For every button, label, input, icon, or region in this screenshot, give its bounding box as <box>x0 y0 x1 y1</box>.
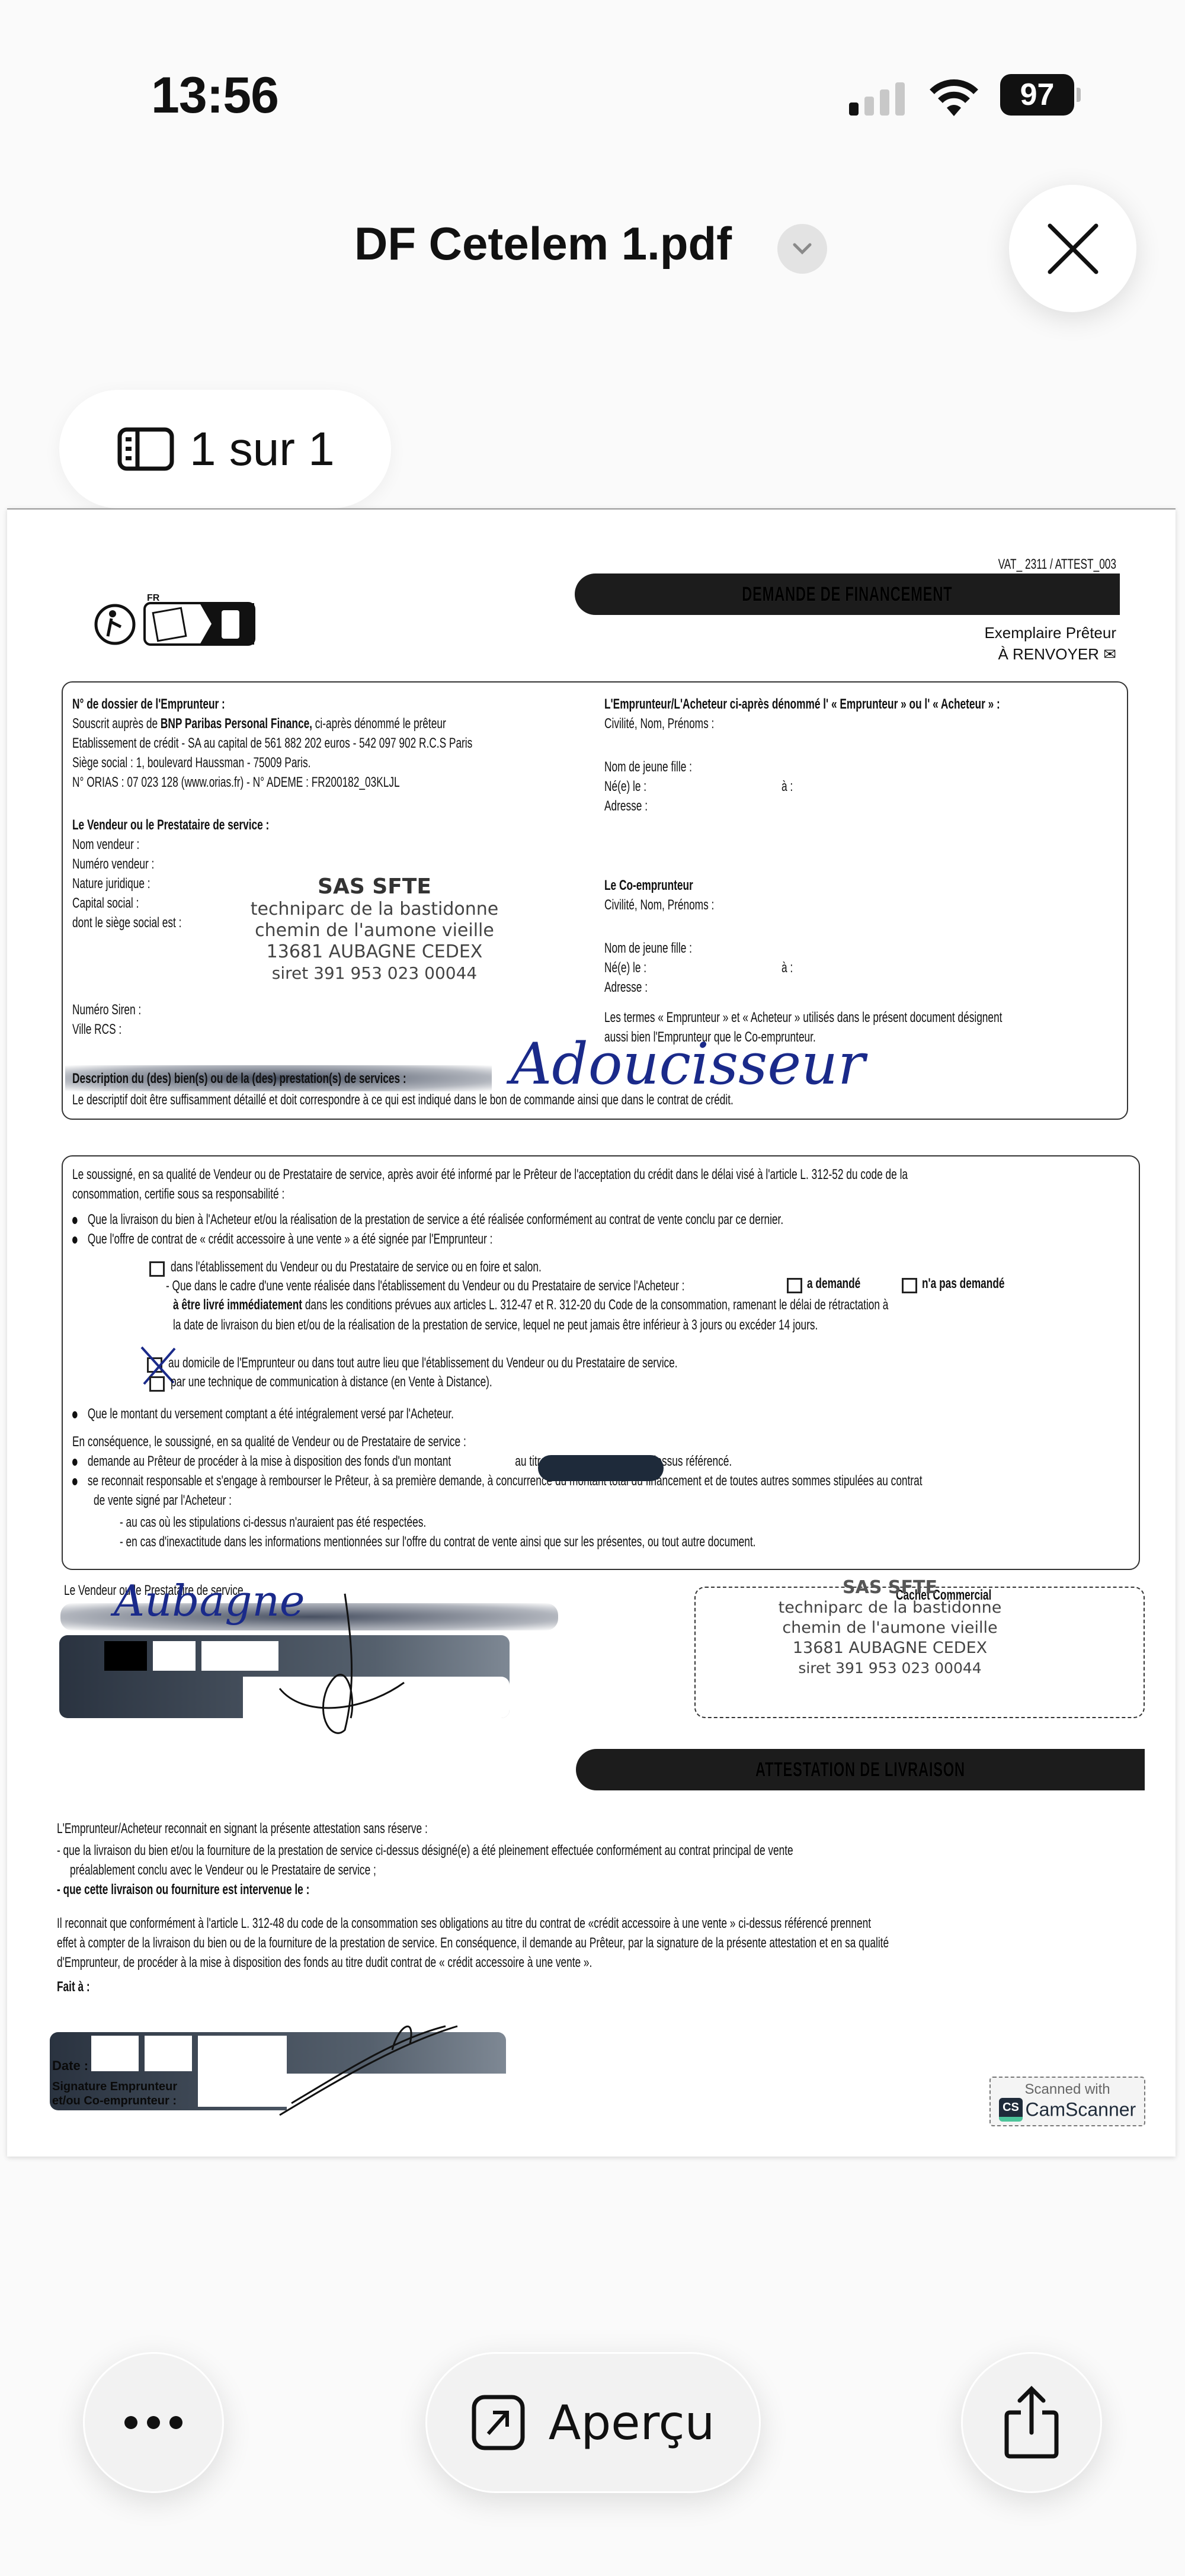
checkbox-distance[interactable] <box>149 1376 165 1392</box>
document-title[interactable]: DF Cetelem 1.pdf <box>354 217 732 271</box>
sidebar-icon <box>117 427 174 471</box>
borrower-title: L'Emprunteur/L'Acheteur ci-après dénommé… <box>604 694 1000 714</box>
coborrower-field: Nom de jeune fille : <box>604 938 692 958</box>
lender-line4: N° ORIAS : 07 023 128 (www.orias.fr) - N… <box>72 773 400 792</box>
coborrower-field: Adresse : <box>604 978 648 997</box>
preview-label: Aperçu <box>549 2395 715 2450</box>
vendor-field: Numéro Siren : <box>72 1000 141 1020</box>
more-icon <box>124 2415 183 2430</box>
vendor-section-after: Numéro Siren : Ville RCS : <box>72 1000 168 1039</box>
camscanner-logo-icon: CS <box>999 2098 1023 2122</box>
sub-clause-3: la date de livraison du bien et/ou de la… <box>173 1315 1069 1335</box>
option-a-demande[interactable]: a demandé <box>787 1274 882 1293</box>
option-domicile[interactable]: au domicile de l'Emprunteur ou dans tout… <box>147 1353 876 1373</box>
close-button[interactable] <box>1009 185 1136 312</box>
coborrower-title: Le Co-emprunteur <box>604 876 693 895</box>
checkbox-na-pas-demande[interactable] <box>902 1278 917 1293</box>
checkbox-domicile-checked[interactable] <box>147 1357 162 1373</box>
envelope-icon: ✉ <box>1103 645 1116 663</box>
vendor-field: Numéro vendeur : <box>72 854 154 874</box>
more-button[interactable] <box>83 2352 224 2493</box>
coborrower-section: Le Co-emprunteur Civilité, Nom, Prénoms … <box>604 876 1157 1047</box>
page-indicator-button[interactable]: 1 sur 1 <box>59 390 391 508</box>
lender-section: N° de dossier de l'Emprunteur : Souscrit… <box>72 694 594 792</box>
demande-financement-banner: DEMANDE DE FINANCEMENT <box>575 573 1120 615</box>
cachet-stamp: SAS SFTE techniparc de la bastidonne che… <box>742 1577 1038 1678</box>
camscanner-watermark: Scanned with CS CamScanner <box>989 2077 1145 2126</box>
close-icon <box>1046 222 1100 275</box>
borrower-field: Civilité, Nom, Prénoms : <box>604 714 714 733</box>
vendor-field: Capital social : <box>72 893 139 913</box>
sub-clause-2: à être livré immédiatement dans les cond… <box>173 1295 1167 1315</box>
coborrower-field: Né(e) le : <box>604 958 646 978</box>
document-reference: VAT_ 2311 / ATTEST_003 <box>952 555 1116 574</box>
certification-text: Le soussigné, en sa qualité de Vendeur o… <box>72 1165 1176 1249</box>
lender-line3: Siège social : 1, boulevard Haussman - 7… <box>72 753 310 773</box>
description-note: Le descriptif doit être suffisamment dét… <box>72 1090 991 1110</box>
wifi-icon <box>927 76 981 117</box>
checkbox-etablissement[interactable] <box>149 1261 165 1277</box>
attestation-text: L'Emprunteur/Acheteur reconnait en signa… <box>57 1819 1176 1997</box>
battery-tip <box>1077 88 1081 102</box>
status-time: 13:56 <box>151 66 278 125</box>
description-label: Description du (des) bien(s) ou de la (d… <box>72 1069 536 1088</box>
preview-button[interactable]: Aperçu <box>425 2352 761 2493</box>
option-distance[interactable]: par une technique de communication à dis… <box>149 1372 617 1392</box>
triman-recycling-logo-icon: FR <box>90 592 262 646</box>
chevron-down-icon[interactable] <box>777 224 827 274</box>
redacted-amount <box>538 1455 664 1481</box>
status-bar: 13:56 97 <box>0 0 1185 118</box>
svg-text:FR: FR <box>147 593 160 603</box>
borrower-field: Adresse : <box>604 796 648 816</box>
borrower-section: L'Emprunteur/L'Acheteur ci-après dénommé… <box>604 694 1154 816</box>
sub-clause: - Que dans le cadre d'une vente réalisée… <box>166 1276 886 1296</box>
checkbox-a-demande[interactable] <box>787 1278 802 1293</box>
attestation-banner: ATTESTATION DE LIVRAISON <box>576 1749 1145 1790</box>
cellular-signal-icon <box>849 83 905 116</box>
vendor-field: Nature juridique : <box>72 874 150 893</box>
lender-line1: Souscrit auprès de BNP Paribas Personal … <box>72 714 446 733</box>
vendor-field: dont le siège social est : <box>72 913 181 933</box>
share-button[interactable] <box>961 2352 1102 2493</box>
borrower-field: Nom de jeune fille : <box>604 757 692 777</box>
pdf-page: FR VAT_ 2311 / ATTEST_003 DEMANDE DE FIN… <box>7 508 1176 2157</box>
lender-title: N° de dossier de l'Emprunteur : <box>72 694 225 714</box>
battery-indicator: 97 <box>1000 74 1074 116</box>
vendor-field: Ville RCS : <box>72 1020 121 1039</box>
vendor-title: Le Vendeur ou le Prestataire de service … <box>72 815 269 835</box>
option-na-pas-demande[interactable]: n'a pas demandé <box>902 1274 1037 1293</box>
borrower-field: Né(e) le : <box>604 777 646 796</box>
handwritten-description: Adoucisseur <box>511 1031 865 1097</box>
option-etablissement[interactable]: dans l'établissement du Vendeur ou du Pr… <box>149 1257 686 1277</box>
page-indicator-label: 1 sur 1 <box>190 422 335 476</box>
borrower-signature-scribble <box>268 2014 469 2121</box>
vendor-field: Nom vendeur : <box>72 835 139 854</box>
open-external-icon <box>472 2395 525 2450</box>
lender-line2: Etablissement de crédit - SA au capital … <box>72 733 472 753</box>
vendor-stamp: SAS SFTE techniparc de la bastidonne che… <box>232 874 517 984</box>
coborrower-note: Les termes « Emprunteur » et « Acheteur … <box>604 1008 1002 1027</box>
exemplaire-label: Exemplaire Prêteur À RENVOYER ✉ <box>984 622 1116 665</box>
share-icon <box>1003 2385 1060 2460</box>
vendor-signature-scribble <box>268 1588 422 1748</box>
coborrower-field: Civilité, Nom, Prénoms : <box>604 895 714 915</box>
